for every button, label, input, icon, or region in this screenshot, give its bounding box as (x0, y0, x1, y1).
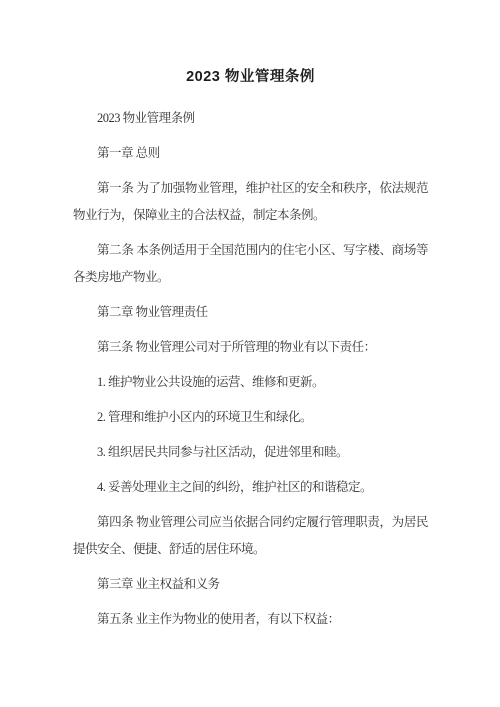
article-1: 第一条 为了加强物业管理，维护社区的安全和秩序，依法规范物业行为，保障业主的合法… (73, 175, 428, 229)
document-page: 2023 物业管理条例 2023 物业管理条例 第一章 总则 第一条 为了加强物… (0, 0, 500, 707)
article-5: 第五条 业主作为物业的使用者，有以下权益： (73, 606, 428, 633)
article-3-item-1: 1. 维护物业公共设施的运营、维修和更新。 (73, 369, 428, 396)
chapter-3-heading: 第三章 业主权益和义务 (73, 571, 428, 598)
chapter-2-heading: 第二章 物业管理责任 (73, 299, 428, 326)
doc-subtitle: 2023 物业管理条例 (73, 105, 428, 132)
article-3: 第三条 物业管理公司对于所管理的物业有以下责任： (73, 334, 428, 361)
article-3-item-4: 4. 妥善处理业主之间的纠纷，维护社区的和谐稳定。 (73, 474, 428, 501)
article-2: 第二条 本条例适用于全国范围内的住宅小区、写字楼、商场等各类房地产物业。 (73, 237, 428, 291)
article-4: 第四条 物业管理公司应当依据合同约定履行管理职责，为居民提供安全、便捷、舒适的居… (73, 509, 428, 563)
chapter-1-heading: 第一章 总则 (73, 140, 428, 167)
article-3-item-2: 2. 管理和维护小区内的环境卫生和绿化。 (73, 404, 428, 431)
article-3-item-3: 3. 组织居民共同参与社区活动，促进邻里和睦。 (73, 439, 428, 466)
document-title: 2023 物业管理条例 (73, 67, 428, 87)
